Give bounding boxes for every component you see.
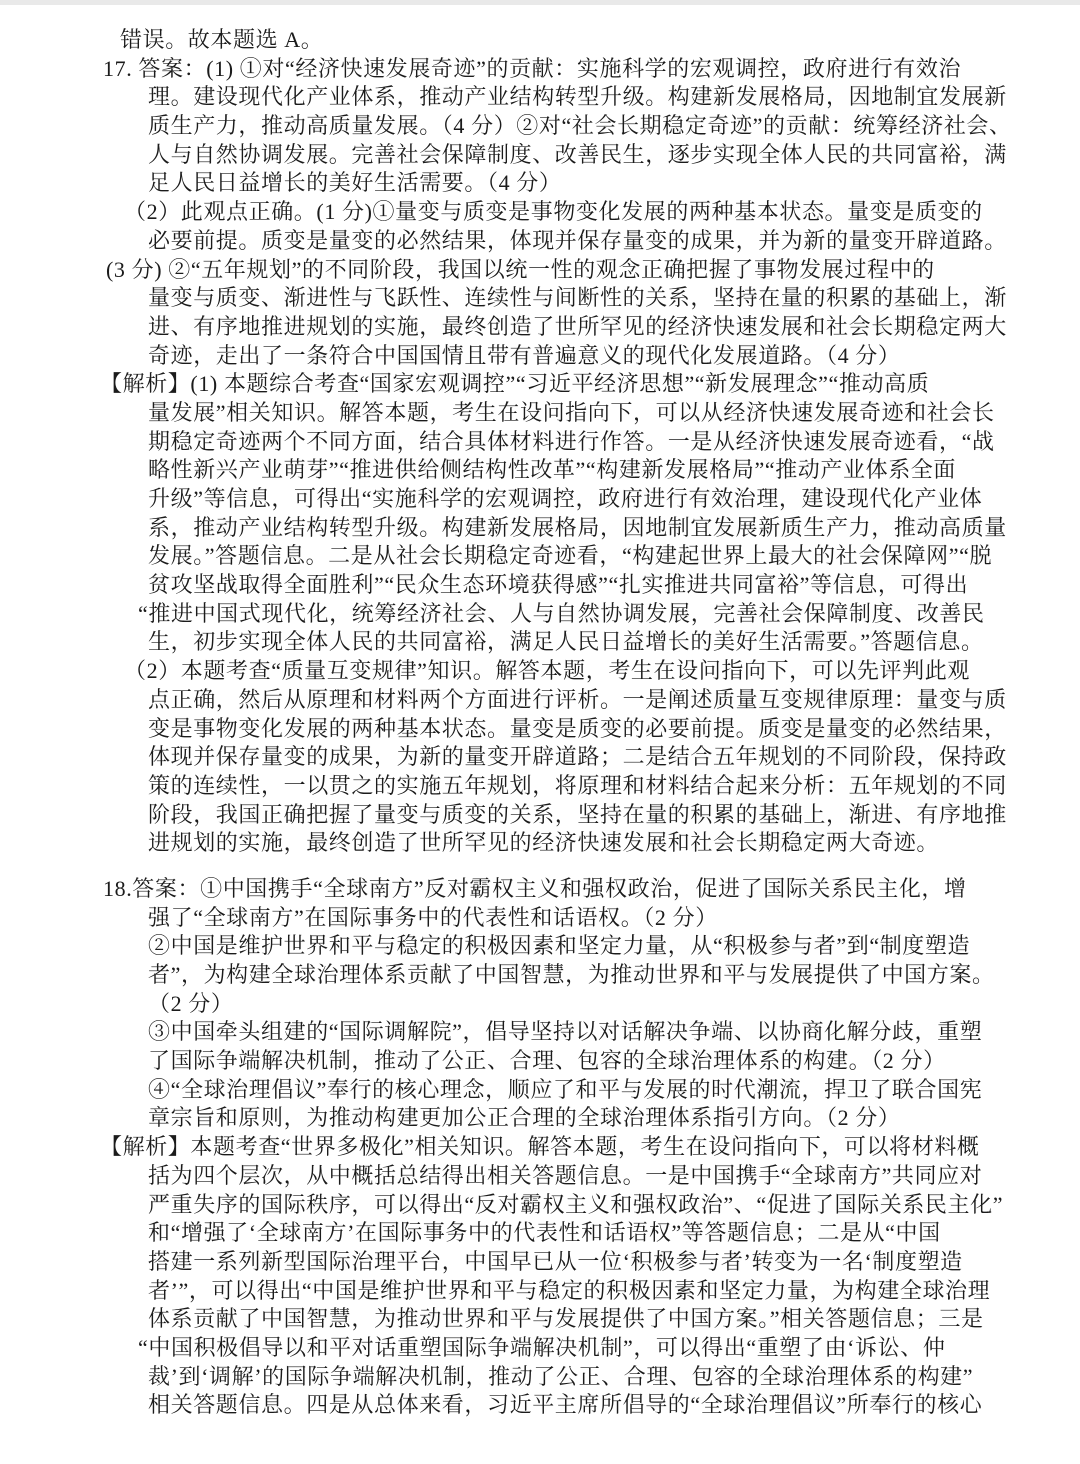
text-line: 奇迹，走出了一条符合中国国情且带有普遍意义的现代化发展道路。（4 分）	[148, 342, 1080, 371]
text-line: 章宗旨和原则，为推动构建更加公正合理的全球治理体系指引方向。（2 分）	[148, 1104, 1080, 1133]
text-line: （2 分）	[148, 990, 1080, 1019]
text-line: 了国际争端解决机制，推动了公正、合理、包容的全球治理体系的构建。（2 分）	[148, 1047, 1080, 1076]
text-line: 【解析】(1) 本题综合考查“国家宏观调控”“习近平经济思想”“新发展理念”“推…	[100, 370, 1080, 399]
text-line: 18.答案：①中国携手“全球南方”反对霸权主义和强权政治，促进了国际关系民主化，…	[103, 875, 1080, 904]
text-line: 质生产力，推动高质量发展。（4 分）②对“社会长期稳定奇迹”的贡献：统筹经济社会…	[148, 112, 1080, 141]
text-line: 生，初步实现全体人民的共同富裕，满足人民日益增长的美好生活需要。”答题信息。	[148, 628, 1080, 657]
text-line: 者’”，可以得出“中国是维护世界和平与稳定的积极因素和坚定力量，为构建全球治理	[148, 1277, 1080, 1306]
text-line: 括为四个层次，从中概括总结得出相关答题信息。一是中国携手“全球南方”共同应对	[148, 1162, 1080, 1191]
text-line: 搭建一系列新型国际治理平台，中国早已从一位‘积极参与者’转变为一名‘制度塑造	[148, 1248, 1080, 1277]
text-line: 期稳定奇迹两个不同方面，结合具体材料进行作答。一是从经济快速发展奇迹看，“战	[148, 428, 1080, 457]
text-line: 17. 答案：(1) ①对“经济快速发展奇迹”的贡献：实施科学的宏观调控，政府进…	[103, 55, 1080, 84]
text-line: 系，推动产业结构转型升级。构建新发展格局，因地制宜发展新质生产力，推动高质量	[148, 514, 1080, 543]
scan-edge-strip	[0, 0, 1080, 5]
text-line: “中国积极倡导以和平对话重塑国际争端解决机制”，可以得出“重塑了由‘诉讼、仲	[138, 1334, 1080, 1363]
text-line: 和“增强了‘全球南方’在国际事务中的代表性和话语权”等答题信息；二是从“中国	[148, 1219, 1080, 1248]
text-line: ④“全球治理倡议”奉行的核心理念，顺应了和平与发展的时代潮流，捍卫了联合国宪	[148, 1076, 1080, 1105]
text-line: 相关答题信息。四是从总体来看，习近平主席所倡导的“全球治理倡议”所奉行的核心	[148, 1391, 1080, 1420]
text-line: (3 分) ②“五年规划”的不同阶段，我国以统一性的观念正确把握了事物发展过程中…	[106, 256, 1080, 285]
text-line: 【解析】本题考查“世界多极化”相关知识。解答本题，考生在设问指向下，可以将材料概	[100, 1133, 1080, 1162]
text-line: 体现并保存量变的成果，为新的量变开辟道路；二是结合五年规划的不同阶段，保持政	[148, 743, 1080, 772]
text-line: 强了“全球南方”在国际事务中的代表性和话语权。（2 分）	[148, 904, 1080, 933]
text-line: 发展。”答题信息。二是从社会长期稳定奇迹看，“构建起世界上最大的社会保障网”“脱	[148, 542, 1080, 571]
text-line: 人与自然协调发展。完善社会保障制度、改善民生，逐步实现全体人民的共同富裕，满	[148, 141, 1080, 170]
text-line: 必要前提。质变是量变的必然结果，体现并保存量变的成果，并为新的量变开辟道路。	[148, 227, 1080, 256]
text-line: 严重失序的国际秩序，可以得出“反对霸权主义和强权政治”、“促进了国际关系民主化”	[148, 1191, 1080, 1220]
text-line: 量变与质变、渐进性与飞跃性、连续性与间断性的关系，坚持在量的积累的基础上，渐	[148, 284, 1080, 313]
text-line: “推进中国式现代化，统筹经济社会、人与自然协调发展，完善社会保障制度、改善民	[138, 600, 1080, 629]
text-line: （2）此观点正确。(1 分)①量变与质变是事物变化发展的两种基本状态。量变是质变…	[124, 198, 1080, 227]
text-line: 升级”等信息，可得出“实施科学的宏观调控，政府进行有效治理，建设现代化产业体	[148, 485, 1080, 514]
text-line: ②中国是维护世界和平与稳定的积极因素和坚定力量，从“积极参与者”到“制度塑造	[148, 932, 1080, 961]
text-line: 理。建设现代化产业体系，推动产业结构转型升级。构建新发展格局，因地制宜发展新	[148, 83, 1080, 112]
text-line: 点正确，然后从原理和材料两个方面进行评析。一是阐述质量互变规律原理：量变与质	[148, 686, 1080, 715]
text-line: 变是事物变化发展的两种基本状态。量变是质变的必要前提。质变是量变的必然结果，	[148, 715, 1080, 744]
text-line: 量发展”相关知识。解答本题，考生在设问指向下，可以从经济快速发展奇迹和社会长	[148, 399, 1080, 428]
text-line: 略性新兴产业萌芽”“推进供给侧结构性改革”“构建新发展格局”“推动产业体系全面	[148, 456, 1080, 485]
text-line: 裁’到‘调解’的国际争端解决机制，推动了公正、合理、包容的全球治理体系的构建”	[148, 1363, 1080, 1392]
text-line: 阶段，我国正确把握了量变与质变的关系，坚持在量的积累的基础上，渐进、有序地推	[148, 801, 1080, 830]
text-line: ③中国牵头组建的“国际调解院”，倡导坚持以对话解决争端、以协商化解分歧，重塑	[148, 1018, 1080, 1047]
text-line: 错误。故本题选 A。	[120, 26, 1080, 55]
text-line: 体系贡献了中国智慧，为推动世界和平与发展提供了中国方案。”相关答题信息；三是	[148, 1305, 1080, 1334]
text-line: （2）本题考查“质量互变规律”知识。解答本题，考生在设问指向下，可以先评判此观	[124, 657, 1080, 686]
text-line: 者”，为构建全球治理体系贡献了中国智慧，为推动世界和平与发展提供了中国方案。	[148, 961, 1080, 990]
text-line: 贫攻坚战取得全面胜利”“民众生态环境获得感”“扎实推进共同富裕”等信息，可得出	[148, 571, 1080, 600]
text-line: 足人民日益增长的美好生活需要。（4 分）	[148, 169, 1080, 198]
text-line: 进规划的实施，最终创造了世所罕见的经济快速发展和社会长期稳定两大奇迹。	[148, 829, 1080, 858]
text-line: 进、有序地推进规划的实施，最终创造了世所罕见的经济快速发展和社会长期稳定两大	[148, 313, 1080, 342]
answer-key-page: { "page": { "kind": "exam-answer-key-sca…	[0, 0, 1080, 1464]
text-line: 策的连续性，一以贯之的实施五年规划，将原理和材料结合起来分析：五年规划的不同	[148, 772, 1080, 801]
document-page: 错误。故本题选 A。17. 答案：(1) ①对“经济快速发展奇迹”的贡献：实施科…	[0, 26, 1080, 1420]
